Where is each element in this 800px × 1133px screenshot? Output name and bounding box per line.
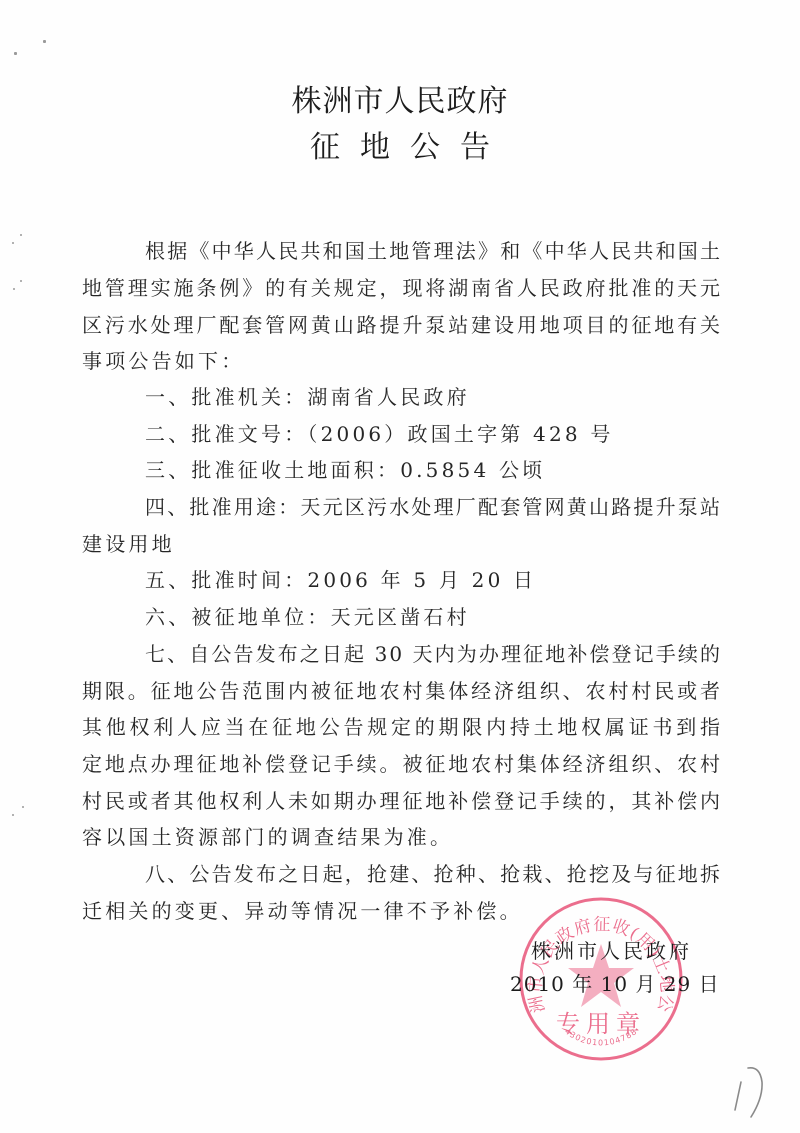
scan-speck: [14, 52, 17, 55]
signature-organization: 株洲市人民政府: [531, 937, 692, 965]
item7-line: 定地点办理征地补偿登记手续。被征地农村集体经济组织、农村: [82, 750, 722, 778]
item8-line: 八、公告发布之日起，抢建、抢种、抢栽、抢挖及与征地拆: [145, 860, 722, 888]
item7-line: 其他权利人应当在征地公告规定的期限内持土地权属证书到指: [82, 713, 722, 741]
item-approval-doc-no: 二、批准文号：（2006）政国土字第 428 号: [145, 420, 614, 448]
issuer-title: 株洲市人民政府: [0, 82, 800, 122]
item7-line: 七、自公告发布之日起 30 天内为办理征地补偿登记手续的: [145, 640, 722, 668]
scan-speck: [43, 40, 46, 43]
document-title: 征地公告: [0, 128, 800, 168]
item-approval-authority: 一、批准机关：湖南省人民政府: [145, 383, 470, 411]
item7-line: 期限。征地公告范围内被征地农村集体经济组织、农村村民或者: [82, 677, 722, 705]
scan-speck: [12, 814, 14, 816]
scan-speck: [20, 234, 22, 236]
item7-line: 容以国土资源部门的调查结果为准。: [82, 823, 453, 851]
scan-speck: [22, 806, 24, 808]
handwritten-page-number: [730, 1060, 780, 1120]
intro-line: 区污水处理厂配套管网黄山路提升泵站建设用地项目的征地有关: [82, 311, 722, 339]
scan-speck: [12, 242, 14, 244]
item7-line: 村民或者其他权利人未如期办理征地补偿登记手续的，其补偿内: [82, 787, 722, 815]
item-approved-area: 三、批准征收土地面积：0.5854 公顷: [145, 456, 545, 484]
item8-line: 迁相关的变更、异动等情况一律不予补偿。: [82, 897, 523, 925]
signature-date: 2010 年 10 月 29 日: [510, 970, 720, 998]
document-page: 株洲市人民政府 征地公告 根据《中华人民共和国土地管理法》和《中华人民共和国土 …: [0, 0, 800, 1133]
intro-line: 地管理实施条例》的有关规定，现将湖南省人民政府批准的天元: [82, 274, 722, 302]
item-expropriated-unit: 六、被征地单位：天元区凿石村: [145, 603, 470, 631]
intro-line: 事项公告如下：: [82, 347, 244, 375]
item-approved-use-cont: 建设用地: [82, 530, 175, 558]
scan-speck: [13, 288, 15, 290]
item-approved-use: 四、批准用途：天元区污水处理厂配套管网黄山路提升泵站: [145, 493, 722, 521]
scan-speck: [20, 280, 22, 282]
item-approval-date: 五、批准时间：2006 年 5 月 20 日: [145, 566, 536, 594]
intro-line: 根据《中华人民共和国土地管理法》和《中华人民共和国土: [145, 237, 722, 265]
